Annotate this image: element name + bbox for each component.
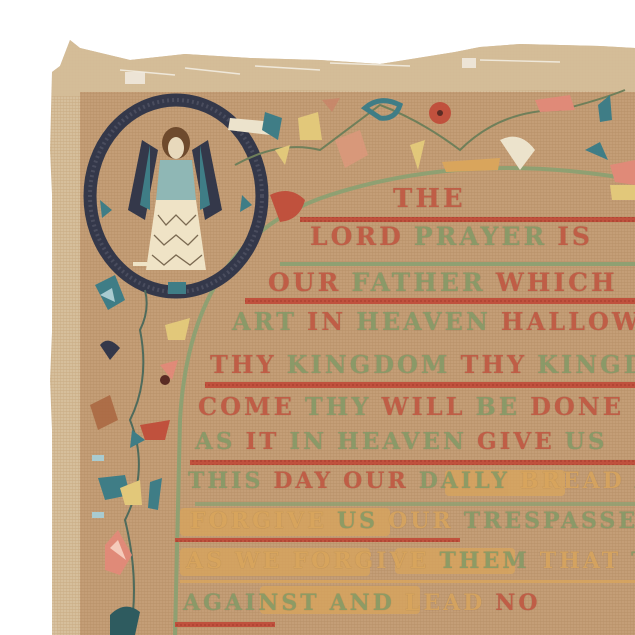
verse-word: DONE: [530, 392, 624, 421]
verse-word: AS: [186, 548, 225, 574]
verse-word: DAILY: [419, 468, 510, 494]
verse-word: GIVE: [477, 428, 555, 455]
verse-word: WILL: [382, 392, 466, 421]
verse-line-2: LORDPRAYERIS: [310, 222, 603, 251]
verse-word: BE: [475, 392, 520, 421]
verse-word: LEAD: [405, 590, 485, 616]
verse-word: HEAVEN: [337, 428, 467, 455]
verse-line-7: ASITINHEAVENGIVEUS: [195, 428, 617, 455]
verse-word: THIS: [188, 468, 263, 494]
verse-word: THY: [210, 350, 277, 379]
verse-line-6: COMETHYWILLBEDONE: [198, 392, 634, 421]
verse-word: IN: [307, 307, 346, 336]
top-hem: [52, 40, 635, 96]
verse-word: THAT: [540, 548, 621, 574]
verse-word: HALLOW: [501, 307, 635, 336]
verse-word: ART: [232, 307, 297, 336]
verse-word: BREAD: [520, 468, 625, 494]
verse-word: DAY: [273, 468, 333, 494]
verse-word: AGAINST: [183, 590, 320, 616]
verse-line-1: THE: [393, 184, 476, 214]
verse-word: OUR: [388, 508, 454, 534]
sampler-photo: THE LORDPRAYERIS OURFATHERWHICH ARTINHEA…: [0, 0, 635, 635]
verse-word: KINGDOM: [537, 350, 635, 379]
verse-word: THY: [305, 392, 372, 421]
verse-word: TRESPASSES: [464, 508, 635, 534]
verse-line-10: ASWEFORGIVETHEMTHATTRES: [186, 548, 635, 574]
verse-line-4: ARTINHEAVENHALLOW: [232, 307, 635, 336]
left-margin: [52, 96, 82, 635]
verse-word: FATHER: [351, 268, 485, 297]
verse-word: FORGIVE: [292, 548, 429, 574]
verse-line-11: AGAINSTANDLEADNO: [183, 590, 551, 616]
verse-word: AND: [330, 590, 395, 616]
verse-word: HEAVEN: [356, 307, 491, 336]
verse-word: COME: [198, 392, 295, 421]
verse-word: NO: [495, 590, 540, 616]
verse-word: AS: [195, 428, 235, 455]
verse-word: IN: [289, 428, 327, 455]
verse-word: IT: [245, 428, 279, 455]
verse-word: OUR: [343, 468, 409, 494]
verse-word: PRAYER: [414, 222, 547, 251]
verse-word: THE: [393, 184, 466, 214]
verse-line-8: THISDAYOURDAILYBREADAND: [188, 468, 635, 494]
verse-line-5: THYKINGDOMTHYKINGDOM: [210, 350, 635, 379]
verse-word: WHICH: [496, 268, 618, 297]
verse-word: TRES: [631, 548, 635, 574]
verse-word: THEM: [439, 548, 529, 574]
verse-word: WE: [235, 548, 282, 574]
verse-word: KINGDOM: [287, 350, 451, 379]
verse-word: US: [565, 428, 608, 455]
verse-word: US: [337, 508, 378, 534]
verse-word: THY: [460, 350, 527, 379]
verse-word: LORD: [310, 222, 404, 251]
verse-line-9: FORGIVEUSOURTRESPASSES: [190, 508, 635, 534]
verse-line-3: OURFATHERWHICH: [268, 268, 628, 297]
verse-word: IS: [557, 222, 593, 251]
verse-word: OUR: [268, 268, 341, 297]
verse-word: FORGIVE: [190, 508, 327, 534]
